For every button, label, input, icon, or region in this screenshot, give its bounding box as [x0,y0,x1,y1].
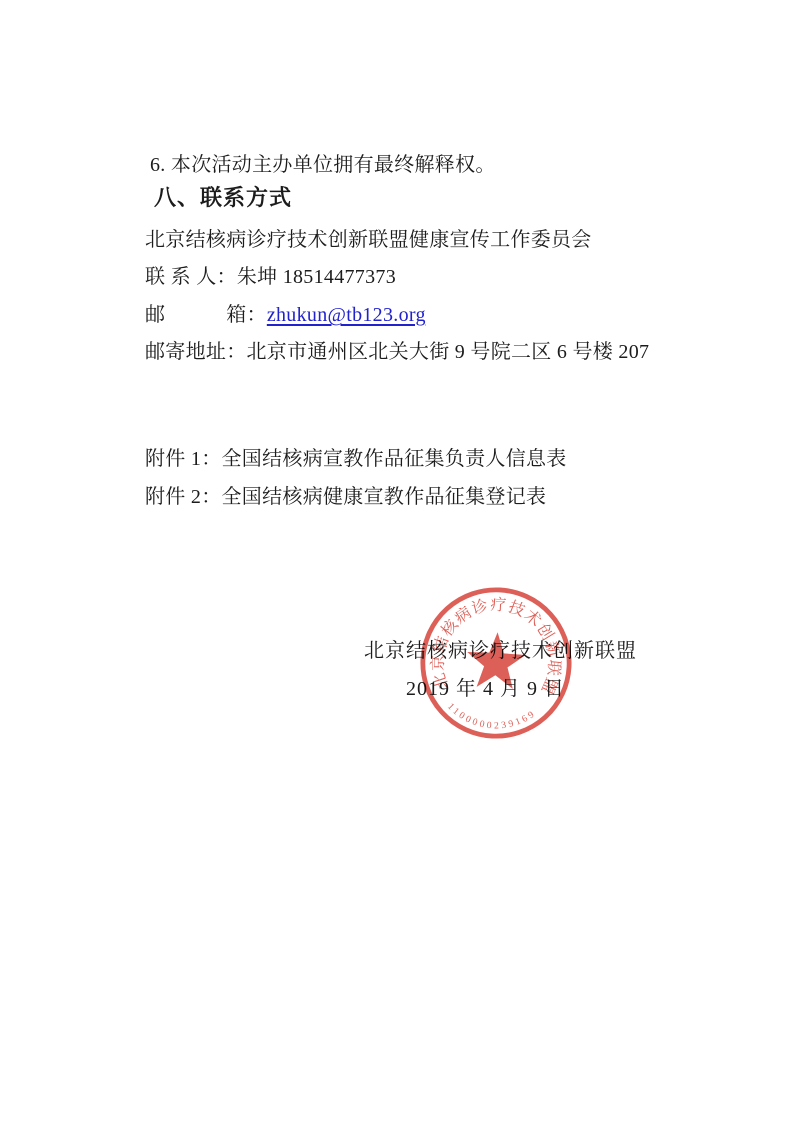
attachment-2: 附件 2：全国结核病健康宣教作品征集登记表 [145,485,546,509]
mailing-address-value: 北京市通州区北关大街 9 号院二区 6 号楼 207 [247,341,650,363]
mailing-address-label: 邮寄地址： [145,341,247,363]
committee-name: 北京结核病诊疗技术创新联盟健康宣传工作委员会 [145,228,592,252]
seal-star-icon [465,631,526,690]
attachment-1: 附件 1：全国结核病宣教作品征集负责人信息表 [145,447,567,471]
email-label: 邮 箱： [145,304,267,326]
contact-person-value: 朱坤 18514477373 [237,266,396,288]
document-page: 6. 本次活动主办单位拥有最终解释权。 八、联系方式 北京结核病诊疗技术创新联盟… [0,0,793,1122]
official-seal: 北京结核病诊疗技术创新联盟 1100000239169 [415,582,577,744]
mailing-address-line: 邮寄地址：北京市通州区北关大街 9 号院二区 6 号楼 207 [145,340,649,364]
section-heading-contact: 八、联系方式 [154,186,292,210]
email-link[interactable]: zhukun@tb123.org [267,304,426,326]
contact-person-line: 联 系 人：朱坤 18514477373 [145,265,396,289]
final-interpretation-clause: 6. 本次活动主办单位拥有最终解释权。 [150,153,496,177]
contact-person-label: 联 系 人： [145,266,237,288]
email-line: 邮 箱：zhukun@tb123.org [145,303,426,327]
